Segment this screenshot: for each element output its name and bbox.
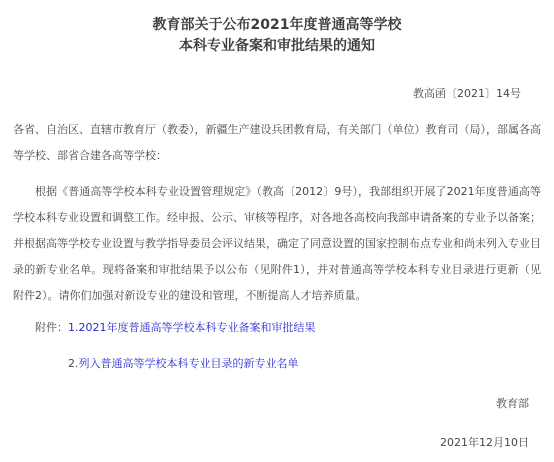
document-number: 教高函〔2021〕14号 xyxy=(13,81,541,107)
document-title: 教育部关于公布2021年度普通高等学校 本科专业备案和审批结果的通知 xyxy=(13,15,541,57)
document-title-line1: 教育部关于公布2021年度普通高等学校 xyxy=(13,15,541,36)
attachment-item-1: 附件：1.2021年度普通高等学校本科专业备案和审批结果 xyxy=(13,315,541,341)
issuing-authority: 教育部 xyxy=(13,391,541,417)
attachment-link-1[interactable]: 1.2021年度普通高等学校本科专业备案和审批结果 xyxy=(68,321,316,334)
attachment-item-2: 2.列入普通高等学校本科专业目录的新专业名单 xyxy=(13,351,541,377)
salutation: 各省、自治区、直辖市教育厅（教委），新疆生产建设兵团教育局，有关部门（单位）教育… xyxy=(13,117,541,169)
notice-document: 教育部关于公布2021年度普通高等学校 本科专业备案和审批结果的通知 教高函〔2… xyxy=(0,0,554,456)
attachment-2-prefix: 2. xyxy=(68,357,79,370)
body-paragraph: 根据《普通高等学校本科专业设置管理规定》（教高〔2012〕9号），我部组织开展了… xyxy=(13,179,541,309)
attachments-block: 附件：1.2021年度普通高等学校本科专业备案和审批结果 2.列入普通高等学校本… xyxy=(13,315,541,377)
issue-date: 2021年12月10日 xyxy=(13,430,541,456)
attachments-label: 附件： xyxy=(35,321,68,334)
document-title-line2: 本科专业备案和审批结果的通知 xyxy=(13,36,541,57)
attachment-link-2[interactable]: 列入普通高等学校本科专业目录的新专业名单 xyxy=(79,357,299,370)
